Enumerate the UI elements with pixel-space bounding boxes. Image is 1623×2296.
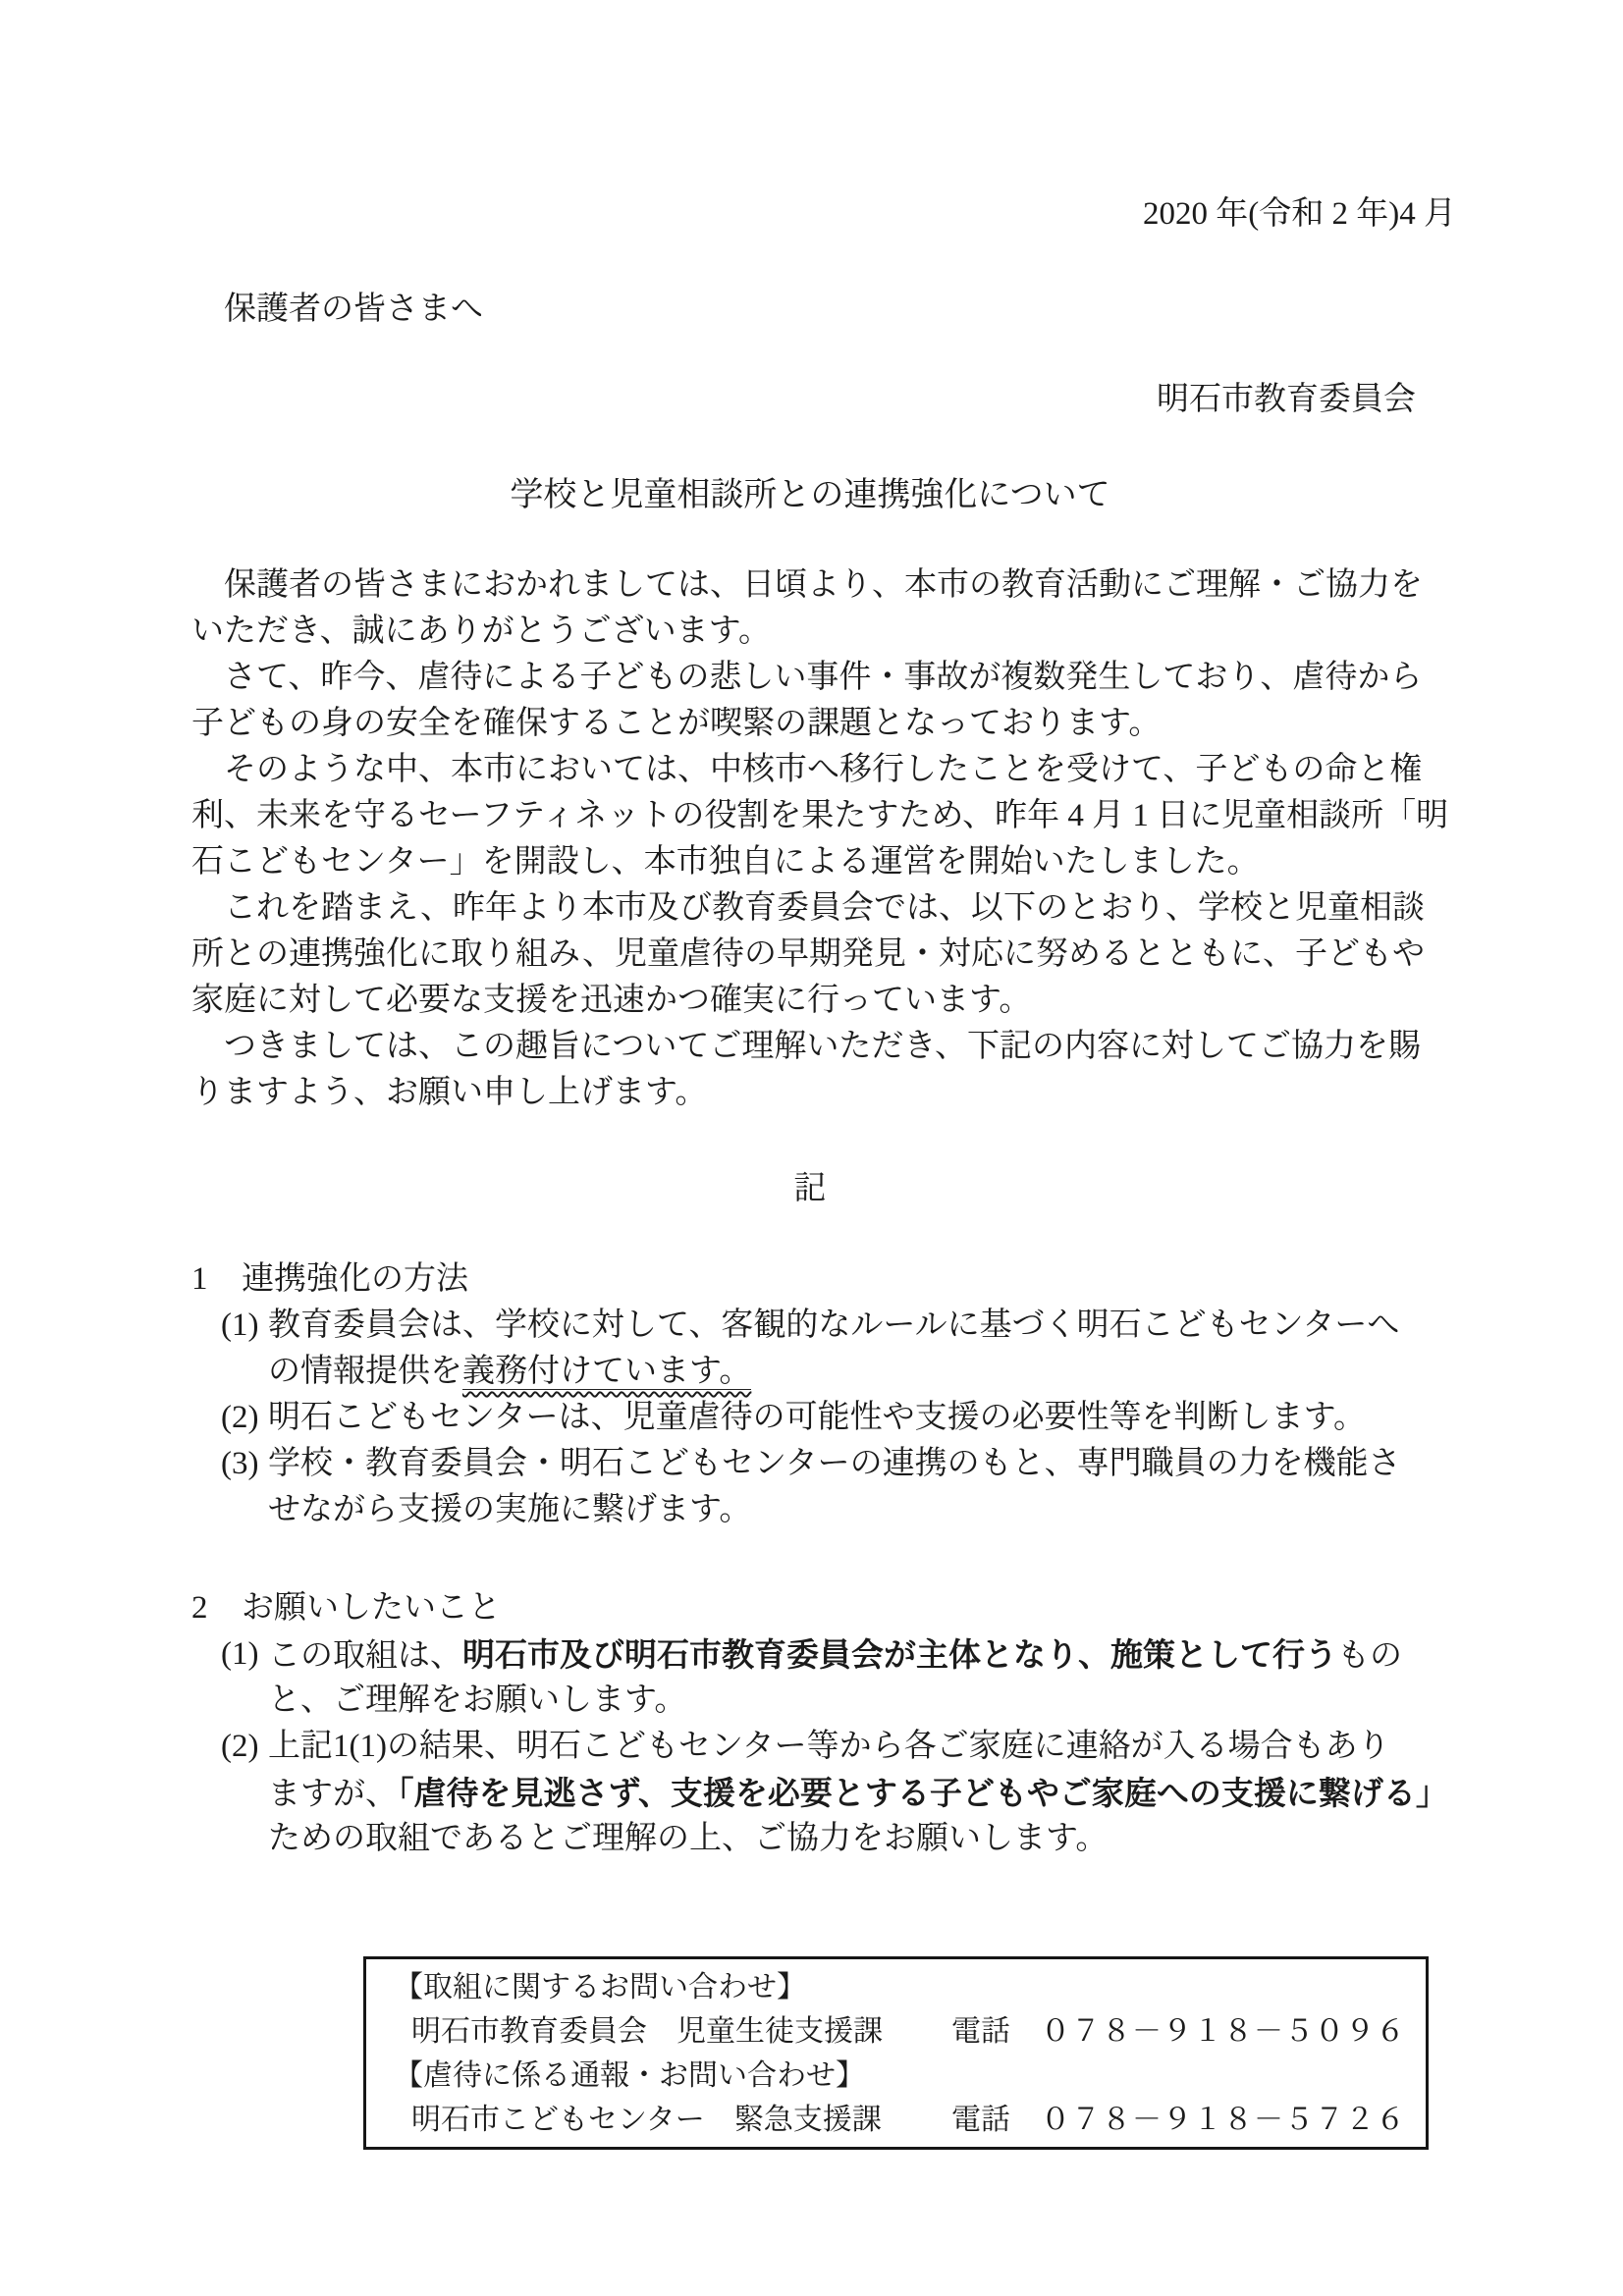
- contact-box-phone-row: 明石市教育委員会 児童生徒支援課 電話 ０７８－９１８－５０９６: [380, 2009, 1412, 2054]
- document-date: 2020 年(令和 2 年)4 月: [191, 191, 1456, 238]
- text-segment: 学校・教育委員会・明石こどもセンターの連携のもと、専門職員の力を機能さ: [268, 1446, 1401, 1481]
- text-segment: 明石こどもセンターは、児童虐待の可能性や支援の必要性等を判断します。: [268, 1400, 1366, 1435]
- recipient: 保護者の皆さまへ: [191, 287, 1429, 333]
- section-items-1: (1)教育委員会は、学校に対して、客観的なルールに基づく明石こどもセンターへの情…: [191, 1303, 1429, 1533]
- body-line: 利、未来を守るセーフティネットの役割を果たすため、昨年 4 月 1 日に児童相談…: [191, 793, 1429, 839]
- item-line: の情報提供を義務付けています。: [268, 1349, 1429, 1395]
- list-item: (3)学校・教育委員会・明石こどもセンターの連携のもと、専門職員の力を機能させな…: [191, 1441, 1429, 1533]
- text-segment: ますが、: [268, 1777, 398, 1812]
- item-line: ための取組であるとご理解の上、ご協力をお願いします。: [268, 1816, 1429, 1862]
- text-segment: ための取組であるとご理解の上、ご協力をお願いします。: [268, 1821, 1108, 1856]
- text-segment: せながら支援の実施に繋げます。: [268, 1492, 751, 1527]
- tel-number: ０７８－９１８－５７２６: [1041, 2098, 1406, 2142]
- contact-box: 【取組に関するお問い合わせ】 明石市教育委員会 児童生徒支援課 電話 ０７８－９…: [363, 1956, 1429, 2150]
- item-line: せながら支援の実施に繋げます。: [268, 1487, 1429, 1533]
- list-item: (1)この取組は、明石市及び明石市教育委員会が主体となり、施策として行うものと、…: [191, 1631, 1429, 1724]
- tel-label: 電話: [951, 2098, 1010, 2142]
- section-heading-1: 1 連携強化の方法: [191, 1256, 1429, 1303]
- item-line: と、ご理解をお願いします。: [268, 1678, 1429, 1724]
- contact-box-header: 【虐待に係る通報・お問い合わせ】: [380, 2054, 1412, 2098]
- text-segment: 義務付けています。: [462, 1354, 751, 1390]
- text-segment: この取組は、: [268, 1638, 462, 1674]
- tel-label: 電話: [951, 2009, 1010, 2054]
- item-line: この取組は、明石市及び明石市教育委員会が主体となり、施策として行うもの: [268, 1631, 1429, 1678]
- section-items-2: (1)この取組は、明石市及び明石市教育委員会が主体となり、施策として行うものと、…: [191, 1631, 1429, 1862]
- body-line: いただき、誠にありがとうございます。: [191, 609, 1429, 655]
- section-heading-2: 2 お願いしたいこと: [191, 1585, 1429, 1631]
- item-line: 教育委員会は、学校に対して、客観的なルールに基づく明石こどもセンターへ: [268, 1303, 1429, 1349]
- item-marker: (2): [221, 1724, 258, 1770]
- section-number: 2: [191, 1585, 242, 1631]
- text-segment: 上記1(1)の結果、明石こどもセンター等から各ご家庭に連絡が入る場合もあり: [268, 1729, 1390, 1764]
- document-page: 2020 年(令和 2 年)4 月 保護者の皆さまへ 明石市教育委員会 学校と児…: [0, 0, 1623, 2296]
- body-line: 家庭に対して必要な支援を迅速かつ確実に行っています。: [191, 978, 1429, 1024]
- item-marker: (3): [221, 1441, 258, 1487]
- contact-tel: 電話 ０７８－９１８－５０９６: [951, 2009, 1412, 2054]
- list-item: (1)教育委員会は、学校に対して、客観的なルールに基づく明石こどもセンターへの情…: [191, 1303, 1429, 1395]
- text-segment: もの: [1337, 1638, 1402, 1674]
- body-line: 所との連携強化に取り組み、児童虐待の早期発見・対応に努めるとともに、子どもや: [191, 932, 1429, 978]
- item-marker: (2): [221, 1395, 258, 1441]
- item-line: ますが、「虐待を見逃さず、支援を必要とする子どもやご家庭への支援に繋げる」: [268, 1770, 1429, 1816]
- contact-org: 明石市こどもセンター 緊急支援課: [411, 2098, 882, 2142]
- list-item: (2)上記1(1)の結果、明石こどもセンター等から各ご家庭に連絡が入る場合もあり…: [191, 1724, 1429, 1862]
- text-segment: と、ご理解をお願いします。: [268, 1682, 686, 1718]
- section-number: 1: [191, 1256, 242, 1303]
- body-line: 子どもの身の安全を確保することが喫緊の課題となっております。: [191, 701, 1429, 747]
- body-line: そのような中、本市においては、中核市へ移行したことを受けて、子どもの命と権: [191, 747, 1429, 793]
- item-line: 学校・教育委員会・明石こどもセンターの連携のもと、専門職員の力を機能さ: [268, 1441, 1429, 1487]
- tel-number: ０７８－９１８－５０９６: [1041, 2009, 1406, 2054]
- sender: 明石市教育委員会: [191, 377, 1429, 423]
- text-segment: 明石市及び明石市教育委員会が主体となり、施策として行う: [462, 1636, 1337, 1673]
- contact-tel: 電話 ０７８－９１８－５７２６: [951, 2098, 1412, 2142]
- item-marker: (1): [221, 1631, 258, 1678]
- text-segment: 「虐待を見逃さず、支援を必要とする子どもやご家庭への支援に繋げる」: [398, 1775, 1448, 1811]
- contact-box-header: 【取組に関するお問い合わせ】: [380, 1965, 1412, 2009]
- body-line: りますよう、お願い申し上げます。: [191, 1070, 1429, 1116]
- text-segment: の情報提供を: [268, 1354, 462, 1389]
- item-line: 上記1(1)の結果、明石こどもセンター等から各ご家庭に連絡が入る場合もあり: [268, 1724, 1429, 1770]
- body-line: さて、昨今、虐待による子どもの悲しい事件・事故が複数発生しており、虐待から: [191, 655, 1429, 701]
- item-line: 明石こどもセンターは、児童虐待の可能性や支援の必要性等を判断します。: [268, 1395, 1429, 1441]
- contact-box-phone-row: 明石市こどもセンター 緊急支援課 電話 ０７８－９１８－５７２６: [380, 2098, 1412, 2142]
- ki-marker: 記: [191, 1166, 1429, 1212]
- document-title: 学校と児童相談所との連携強化について: [191, 472, 1429, 518]
- body-paragraphs: 保護者の皆さまにおかれましては、日頃より、本市の教育活動にご理解・ご協力をいただ…: [191, 562, 1429, 1116]
- list-item: (2)明石こどもセンターは、児童虐待の可能性や支援の必要性等を判断します。: [191, 1395, 1429, 1441]
- item-marker: (1): [221, 1303, 258, 1349]
- body-line: 保護者の皆さまにおかれましては、日頃より、本市の教育活動にご理解・ご協力を: [191, 562, 1429, 609]
- section-title: 連携強化の方法: [242, 1256, 468, 1303]
- text-segment: 教育委員会は、学校に対して、客観的なルールに基づく明石こどもセンターへ: [268, 1308, 1399, 1343]
- body-line: 石こどもセンター」を開設し、本市独自による運営を開始いたしました。: [191, 839, 1429, 885]
- contact-org: 明石市教育委員会 児童生徒支援課: [411, 2009, 883, 2054]
- section-title: お願いしたいこと: [242, 1585, 501, 1631]
- body-line: つきましては、この趣旨についてご理解いただき、下記の内容に対してご協力を賜: [191, 1024, 1429, 1070]
- body-line: これを踏まえ、昨年より本市及び教育委員会では、以下のとおり、学校と児童相談: [191, 885, 1429, 932]
